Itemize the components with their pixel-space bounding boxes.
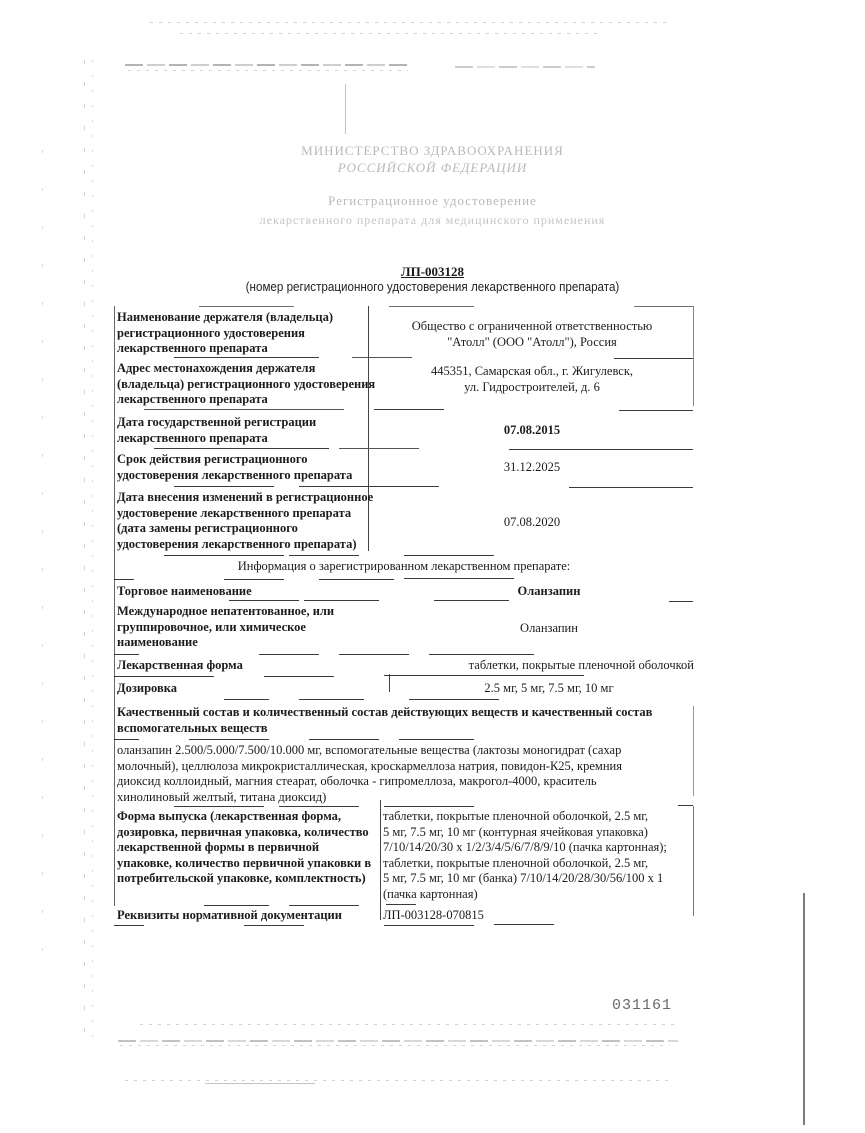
row-divider <box>429 654 534 655</box>
registration-date-value: 07.08.2015 <box>370 423 694 439</box>
row-divider <box>339 448 419 449</box>
footer-rule-shadow <box>120 1045 670 1046</box>
value-line: таблетки, покрытые пленочной оболочкой, … <box>383 809 693 825</box>
table-left-border <box>114 306 115 906</box>
label-line: (дата замены регистрационного <box>117 521 373 537</box>
row-divider <box>384 806 474 807</box>
row-divider <box>289 905 359 906</box>
registration-number-caption: (номер регистрационного удостоверения ле… <box>30 280 834 294</box>
row-divider <box>619 410 693 411</box>
value-line: таблетки, покрытые пленочной оболочкой, … <box>383 856 693 872</box>
letterhead-rule-right <box>455 66 595 68</box>
trade-name-label: Торговое наименование <box>117 584 252 600</box>
label-line: дозировка, первичная упаковка, количеств… <box>117 825 371 841</box>
label-line: потребительской упаковке, комплектность) <box>117 871 371 887</box>
table-top-border <box>199 306 294 307</box>
row-divider <box>374 409 444 410</box>
row-divider <box>174 357 319 358</box>
letterhead-doc-subtitle: лекарственного препарата для медицинског… <box>0 213 865 228</box>
letterhead-doc-title: Регистрационное удостоверение <box>0 193 865 209</box>
row-divider <box>279 806 359 807</box>
row-divider <box>409 699 499 700</box>
stamp-number: 031161 <box>612 997 672 1014</box>
holder-name-value: Общество с ограниченной ответственностью… <box>370 319 694 350</box>
label-line: группировочное, или химическое <box>117 620 334 636</box>
table-right-border-bottom <box>693 806 694 916</box>
value-line: Общество с ограниченной ответственностью <box>370 319 694 335</box>
change-date-label: Дата внесения изменений в регистрационно… <box>117 490 373 552</box>
validity-value: 31.12.2025 <box>370 460 694 476</box>
label-line: Качественный состав и количественный сос… <box>117 705 695 721</box>
normative-doc-label: Реквизиты нормативной документации <box>117 908 342 924</box>
letterhead-rule-left <box>125 64 410 66</box>
value-line: 5 мг, 7.5 мг, 10 мг (контурная ячейковая… <box>383 825 693 841</box>
value-line: 445351, Самарская обл., г. Жигулевск, <box>370 364 694 380</box>
label-line: удостоверение лекарственного препарата <box>117 506 373 522</box>
row-divider <box>339 654 409 655</box>
validity-label: Срок действия регистрационного удостовер… <box>117 452 352 483</box>
scan-noise-left-3 <box>92 60 93 1040</box>
table-top-border-2 <box>389 306 474 307</box>
row-divider <box>144 409 344 410</box>
row-divider <box>399 739 474 740</box>
row-divider <box>669 601 693 602</box>
row-divider <box>384 675 584 676</box>
row-divider <box>114 925 144 926</box>
label-line: Форма выпуска (лекарственная форма, <box>117 809 371 825</box>
holder-address-label: Адрес местонахождения держателя (владель… <box>117 361 375 408</box>
label-line: упаковке, количество первичной упаковки … <box>117 856 371 872</box>
letterhead-ministry-line-1: МИНИСТЕРСТВО ЗДРАВООХРАНЕНИЯ <box>0 143 865 159</box>
label-line: удостоверения лекарственного препарата) <box>117 537 373 553</box>
row-divider <box>114 654 139 655</box>
composition-line: оланзапин 2.500/5.000/7.500/10.000 мг, в… <box>117 743 692 759</box>
footer-noise-1 <box>140 1024 680 1025</box>
row-divider <box>204 905 269 906</box>
normative-doc-value: ЛП-003128-070815 <box>383 908 693 924</box>
label-line: (владельца) регистрационного удостоверен… <box>117 377 375 393</box>
dosage-form-label: Лекарственная форма <box>117 658 243 674</box>
label-line: вспомогательных веществ <box>117 721 695 737</box>
composition-line: диоксид коллоидный, магния стеарат, обол… <box>117 774 692 790</box>
value-line: ул. Гидростроителей, д. 6 <box>370 380 694 396</box>
row-divider <box>154 448 329 449</box>
label-line: Дата внесения изменений в регистрационно… <box>117 490 373 506</box>
row-divider <box>174 806 264 807</box>
holder-name-label: Наименование держателя (владельца) регис… <box>117 310 333 357</box>
row-divider <box>299 486 439 487</box>
letterhead-ministry-line-2: РОССИЙСКОЙ ФЕДЕРАЦИИ <box>0 160 865 176</box>
row-divider <box>352 357 412 358</box>
label-line: лекарственного препарата <box>117 341 333 357</box>
row-divider <box>404 555 494 556</box>
label-line: лекарственного препарата <box>117 392 375 408</box>
dosage-form-value: таблетки, покрытые пленочной оболочкой <box>394 658 694 674</box>
change-date-value: 07.08.2020 <box>370 515 694 531</box>
registration-table: Наименование держателя (владельца) регис… <box>114 306 694 926</box>
registration-number: ЛП-003128 <box>0 264 865 280</box>
dosage-label: Дозировка <box>117 681 177 697</box>
row-divider <box>289 555 359 556</box>
row-divider <box>189 739 269 740</box>
row-divider <box>114 676 214 677</box>
row-divider <box>309 739 379 740</box>
row-divider <box>614 358 693 359</box>
row-divider <box>304 600 379 601</box>
scan-noise-left-2 <box>42 150 43 970</box>
composition-line: хинолиновый желтый, титана диоксид) <box>117 790 692 806</box>
registration-date-label: Дата государственной регистрации лекарст… <box>117 415 316 446</box>
row-divider <box>114 739 139 740</box>
row-divider <box>319 579 394 580</box>
holder-address-value: 445351, Самарская обл., г. Жигулевск, ул… <box>370 364 694 395</box>
scan-noise-left <box>84 60 85 1040</box>
release-form-value: таблетки, покрытые пленочной оболочкой, … <box>383 809 693 902</box>
row-divider <box>224 579 284 580</box>
row-divider <box>404 578 514 579</box>
row-divider <box>384 925 474 926</box>
label-line: Дата государственной регистрации <box>117 415 316 431</box>
letterhead-rule-left-shadow <box>128 70 408 71</box>
table-top-border-3 <box>634 306 693 307</box>
footer-noise-2 <box>125 1080 670 1081</box>
footer-noise-3 <box>205 1083 315 1084</box>
row-divider <box>164 555 284 556</box>
composition-text: оланзапин 2.500/5.000/7.500/10.000 мг, в… <box>117 743 692 805</box>
scan-noise-top <box>150 22 670 23</box>
label-line: лекарственного препарата <box>117 431 316 447</box>
label-line: Наименование держателя (владельца) <box>117 310 333 326</box>
value-line: (пачка картонная) <box>383 887 693 903</box>
inn-value: Оланзапин <box>404 621 694 637</box>
scan-noise-top-2 <box>180 33 600 34</box>
row-divider <box>386 904 416 905</box>
table-tick <box>389 674 390 692</box>
inn-label: Международное непатентованное, или групп… <box>117 604 334 651</box>
letterhead-fold-mark <box>345 84 346 134</box>
row-divider <box>174 486 274 487</box>
label-line: Международное непатентованное, или <box>117 604 334 620</box>
row-divider <box>259 654 319 655</box>
scan-edge-line <box>803 893 805 1125</box>
label-line: Адрес местонахождения держателя <box>117 361 375 377</box>
label-line: наименование <box>117 635 334 651</box>
row-divider <box>244 925 304 926</box>
label-line: удостоверения лекарственного препарата <box>117 468 352 484</box>
row-divider <box>678 805 693 806</box>
row-divider <box>299 699 364 700</box>
footer-rule <box>118 1040 678 1042</box>
table-column-divider-lower <box>380 800 381 920</box>
label-line: регистрационного удостоверения <box>117 326 333 342</box>
row-divider <box>434 600 509 601</box>
composition-line: молочный), целлюлоза микрокристаллическа… <box>117 759 692 775</box>
trade-name-value: Оланзапин <box>404 584 694 600</box>
row-divider <box>569 487 693 488</box>
drug-info-section-title: Информация о зарегистрированном лекарств… <box>114 559 694 575</box>
value-line: "Атолл" (ООО "Атолл"), Россия <box>370 335 694 351</box>
dosage-value: 2.5 мг, 5 мг, 7.5 мг, 10 мг <box>404 681 694 697</box>
value-line: 7/10/14/20/30 x 1/2/3/4/5/6/7/8/9/10 (па… <box>383 840 693 856</box>
release-form-label: Форма выпуска (лекарственная форма, дози… <box>117 809 371 887</box>
row-divider <box>224 699 269 700</box>
row-divider <box>509 449 693 450</box>
value-line: 5 мг, 7.5 мг, 10 мг (банка) 7/10/14/20/2… <box>383 871 693 887</box>
row-divider <box>264 676 334 677</box>
row-divider <box>114 579 134 580</box>
row-divider <box>229 600 299 601</box>
composition-title: Качественный состав и количественный сос… <box>117 705 695 736</box>
label-line: Срок действия регистрационного <box>117 452 352 468</box>
row-divider <box>494 924 554 925</box>
label-line: лекарственной формы в первичной <box>117 840 371 856</box>
